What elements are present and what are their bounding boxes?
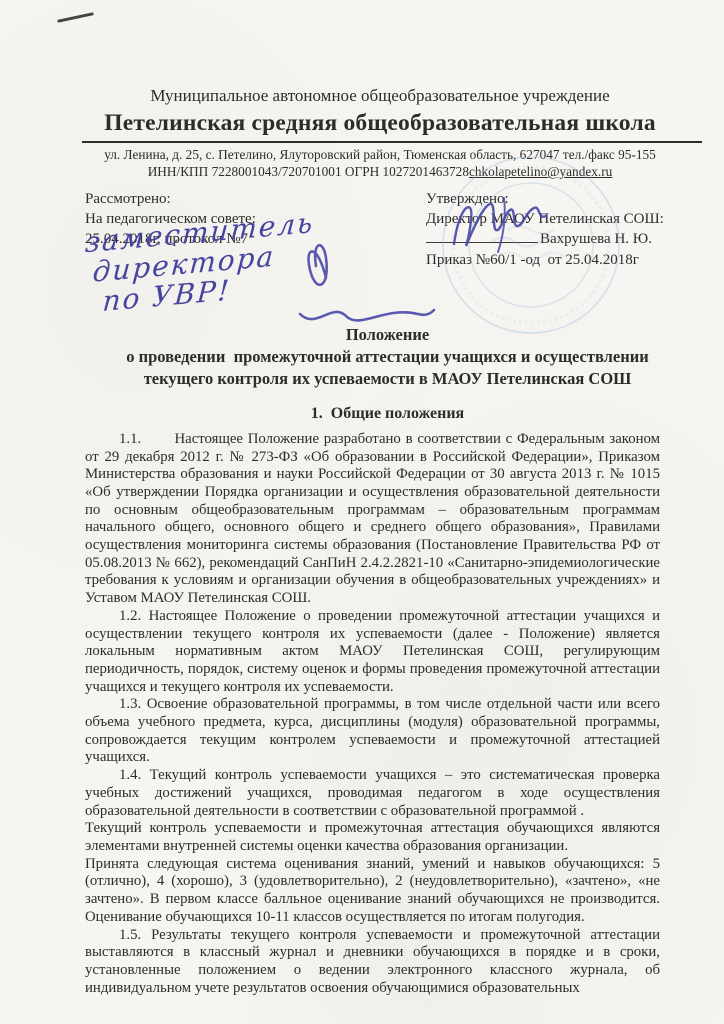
title-line-3: текущего контроля их успеваемости в МАОУ… xyxy=(85,368,690,390)
scanned-document-page: Муниципальное автономное общеобразовател… xyxy=(0,0,724,1024)
handwritten-note: заместитель директора по УВР! xyxy=(80,208,316,319)
body-paragraph: 1.1. Настоящее Положение разработано в с… xyxy=(85,431,660,608)
reviewed-title: Рассмотрено: xyxy=(85,189,256,209)
letterhead: Муниципальное автономное общеобразовател… xyxy=(62,86,698,138)
document-body: 1.1. Настоящее Положение разработано в с… xyxy=(85,431,660,998)
title-line-2: о проведении промежуточной аттестации уч… xyxy=(85,346,690,368)
letterhead-divider xyxy=(82,141,702,143)
section-heading: 1. Общие положения xyxy=(85,403,690,425)
org-type-line: Муниципальное автономное общеобразовател… xyxy=(62,86,698,106)
body-paragraph: Принята следующая система оценивания зна… xyxy=(85,856,660,927)
pen-mark xyxy=(57,12,94,23)
body-paragraph: 1.3. Освоение образовательной программы,… xyxy=(85,696,660,767)
school-name: Петелинская средняя общеобразовательная … xyxy=(62,109,698,138)
body-paragraph: 1.2. Настоящее Положение о проведении пр… xyxy=(85,608,660,697)
requisites-text: ИНН/КПП 7228001043/720701001 ОГРН 102720… xyxy=(148,164,469,179)
director-signature-icon xyxy=(446,194,566,256)
handwriting-flourish-icon xyxy=(288,236,438,336)
body-paragraph: Текущий контроль успеваемости и промежут… xyxy=(85,820,660,855)
body-paragraph: 1.5. Результаты текущего контроля успева… xyxy=(85,927,660,998)
body-paragraph: 1.4. Текущий контроль успеваемости учащи… xyxy=(85,767,660,820)
